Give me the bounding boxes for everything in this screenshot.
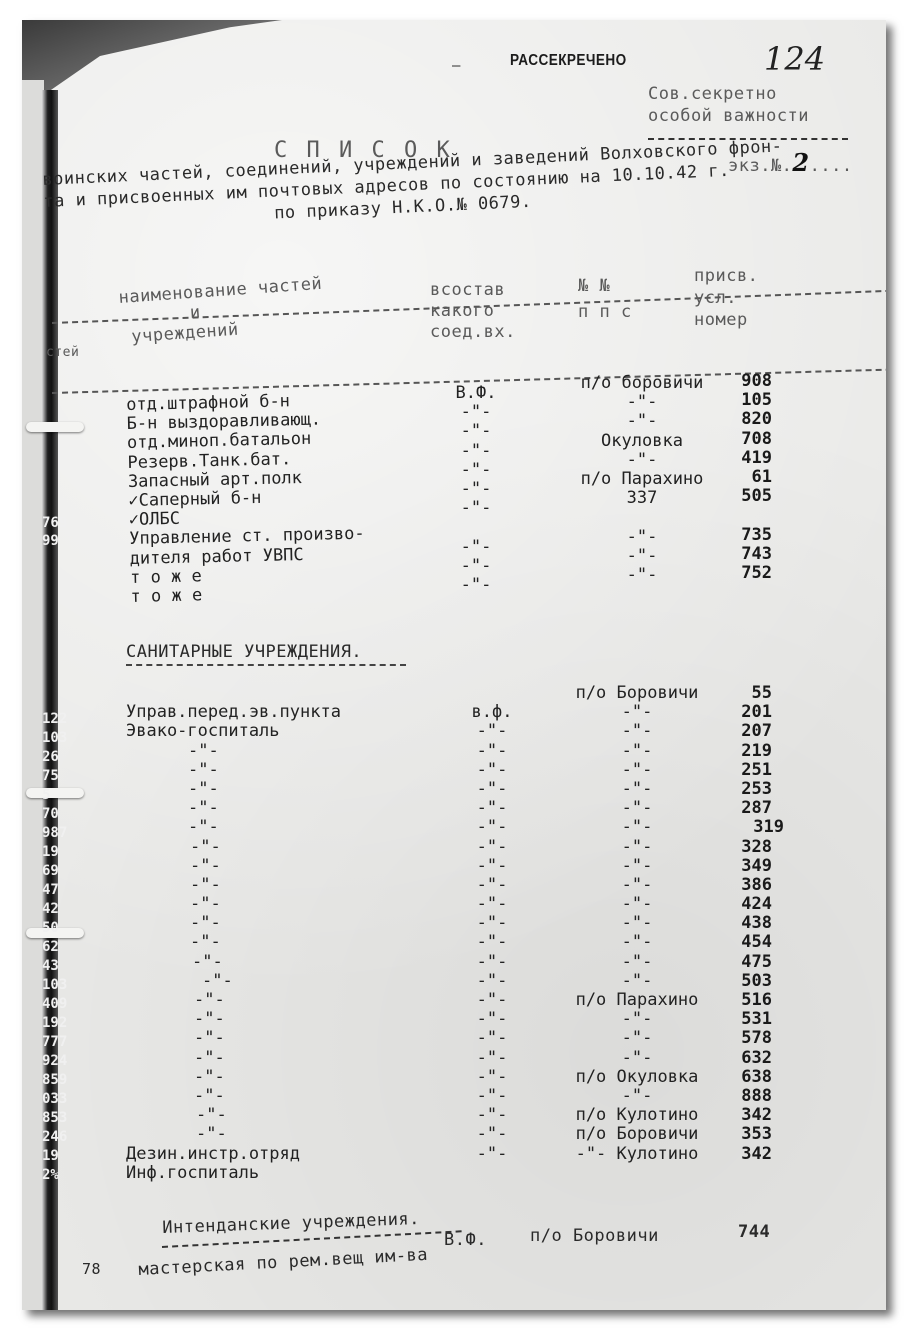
- margin-number: 26: [42, 748, 67, 767]
- number-cell: 424: [712, 895, 772, 914]
- formation-cell: -"-: [462, 1029, 522, 1048]
- pps-cell: -"-: [542, 953, 732, 972]
- pps-cell: -"-: [542, 838, 732, 857]
- previous-page-edge: [22, 80, 44, 1310]
- number-cell: 632: [712, 1049, 772, 1068]
- pps-cell: -"-: [542, 1049, 732, 1068]
- formation-cell: -"-: [462, 761, 522, 780]
- margin-number: 19: [42, 1147, 67, 1166]
- number-cell: 219: [712, 742, 772, 761]
- margin-number: 103: [42, 729, 67, 748]
- margin-number: 19: [42, 843, 67, 862]
- margin-number: 853: [42, 1109, 67, 1128]
- formation-cell: -"-: [446, 461, 506, 480]
- margin-number: 70: [42, 805, 67, 824]
- margin-number: 246: [42, 1128, 67, 1147]
- number-cell: 353: [712, 1125, 772, 1144]
- formation-cell: -"-: [462, 972, 522, 991]
- unit-name: -"-: [126, 1087, 426, 1106]
- number-cell: 578: [712, 1029, 772, 1048]
- pps-cell: -"-: [542, 876, 732, 895]
- pps-cell: п/о боровичи: [552, 374, 732, 393]
- pps-cell: п/о Кулотино: [542, 1106, 732, 1125]
- header-col2-line1: всостав: [430, 280, 505, 300]
- number-cell: 105: [712, 391, 772, 410]
- formation-cell: [462, 1164, 522, 1183]
- pps-cell: -"-: [542, 1010, 732, 1029]
- handwritten-page-number: 124: [764, 40, 825, 78]
- formation-cell: -"-: [462, 780, 522, 799]
- formation-cell: -"-: [462, 722, 522, 741]
- formation-cell: -"-: [446, 499, 506, 518]
- pps-cell: -"-: [542, 1087, 732, 1106]
- formation-cell: -"-: [462, 838, 522, 857]
- pps-cell: -"-: [552, 451, 732, 470]
- classification-line1: Сов.секретно: [648, 84, 777, 104]
- unit-name: -"-: [126, 799, 426, 818]
- section1-numbers: 908 105 820 708 419 61 505 735 743 752: [712, 372, 772, 583]
- header-col3-line2: п п с: [578, 302, 632, 322]
- pps-cell: [542, 1164, 732, 1183]
- formation-cell: -"-: [446, 480, 506, 499]
- margin-number: 103: [42, 976, 67, 995]
- formation-cell: -"-: [462, 914, 522, 933]
- number-cell: 342: [712, 1106, 772, 1125]
- number-cell: 735: [712, 526, 772, 545]
- section3-unit-name: мастерская по рем.вещ им-ва: [138, 1245, 428, 1280]
- formation-cell: -"-: [446, 422, 506, 441]
- unit-name: -"-: [126, 857, 426, 876]
- unit-name: -"-: [126, 895, 426, 914]
- formation-cell: -"-: [446, 442, 506, 461]
- unit-name: [126, 684, 426, 703]
- formation-cell: -"-: [446, 403, 506, 422]
- pps-cell: -"-: [552, 412, 732, 431]
- unit-name: Управ.перед.эв.пункта: [126, 703, 426, 722]
- margin-number: 192: [42, 1014, 67, 1033]
- number-cell: 475: [712, 953, 772, 972]
- margin-number: 924: [42, 1052, 67, 1071]
- number-cell: 503: [712, 972, 772, 991]
- formation-cell: -"-: [446, 557, 506, 576]
- number-cell: 55: [712, 684, 772, 703]
- formation-cell: -"-: [462, 857, 522, 876]
- pps-cell: -"-: [542, 818, 732, 837]
- number-cell: 319: [712, 818, 784, 837]
- pps-cell: п/о Боровичи: [542, 684, 732, 703]
- unit-name: т о ж е: [130, 582, 366, 607]
- section2-formation: в.ф. -"- -"- -"- -"- -"- -"- -"- -"- -"-…: [462, 684, 522, 1183]
- number-cell: 820: [712, 410, 772, 429]
- formation-cell: -"-: [462, 818, 522, 837]
- margin-number: 62: [42, 938, 67, 957]
- formation-cell: -"-: [462, 1145, 522, 1164]
- unit-name: -"-: [126, 1125, 426, 1144]
- binding-string: [26, 422, 84, 432]
- pps-cell: -"-: [542, 761, 732, 780]
- section3-pps: п/о Боровичи: [530, 1226, 659, 1246]
- pps-cell: п/о Парахино: [552, 470, 732, 489]
- section2-numbers: 55 201 207 219 251 253 287 319 328 349 3…: [712, 684, 772, 1183]
- pps-cell: -"-: [552, 393, 732, 412]
- number-cell: [712, 506, 772, 525]
- number-cell: 743: [712, 545, 772, 564]
- pps-cell: -"-: [542, 799, 732, 818]
- formation-cell: в.ф.: [462, 703, 522, 722]
- number-cell: 516: [712, 991, 772, 1010]
- pps-cell: -"-: [552, 566, 732, 585]
- formation-cell: В.Ф.: [446, 384, 506, 403]
- number-cell: 201: [712, 703, 772, 722]
- unit-name: -"-: [126, 1049, 426, 1068]
- number-cell: 328: [712, 838, 772, 857]
- header-col2-line3: соед.вх.: [430, 322, 516, 342]
- number-cell: 253: [712, 780, 772, 799]
- formation-cell: -"-: [446, 576, 506, 595]
- unit-name: -"-: [126, 972, 426, 991]
- margin-number: 50: [42, 919, 67, 938]
- unit-name: -"-: [126, 1106, 426, 1125]
- number-cell: 386: [712, 876, 772, 895]
- unit-name: -"-: [126, 914, 426, 933]
- document-page: — РАССЕКРЕЧЕНО 124 Сов.секретно особой в…: [22, 20, 886, 1310]
- formation-cell: [446, 518, 506, 537]
- margin-number: 033: [42, 1090, 67, 1109]
- section2-names: Управ.перед.эв.пункта Эвако-госпиталь -"…: [126, 684, 426, 1183]
- unit-name: -"-: [126, 933, 426, 952]
- number-cell: 287: [712, 799, 772, 818]
- pps-cell: -"-: [542, 914, 732, 933]
- section2-heading-underline: [126, 664, 406, 666]
- number-cell: 438: [712, 914, 772, 933]
- unit-name: -"-: [126, 780, 426, 799]
- pps-cell: -"-: [542, 722, 732, 741]
- pps-cell: Окуловка: [552, 432, 732, 451]
- unit-name: -"-: [126, 876, 426, 895]
- formation-cell: -"-: [446, 538, 506, 557]
- pps-cell: -"-: [552, 528, 732, 547]
- number-cell: 888: [712, 1087, 772, 1106]
- margin-number: 99: [42, 532, 59, 551]
- number-cell: 454: [712, 933, 772, 952]
- formation-cell: -"-: [462, 1106, 522, 1125]
- copy-dots: ....: [810, 156, 853, 176]
- pps-cell: -"-: [542, 972, 732, 991]
- formation-cell: -"-: [462, 876, 522, 895]
- section1-names: отд.штрафной б-н Б-н выздоравливающ. отд…: [126, 391, 366, 607]
- pps-cell: п/о Окуловка: [542, 1068, 732, 1087]
- number-cell: 342: [712, 1145, 772, 1164]
- formation-cell: -"-: [462, 953, 522, 972]
- header-col4-line1: присв.: [694, 266, 758, 286]
- formation-cell: -"-: [462, 1068, 522, 1087]
- pps-cell: -"-: [552, 547, 732, 566]
- margin-number: 42: [42, 900, 67, 919]
- margin-number: 769: [42, 514, 67, 533]
- header-left-fragment: стей: [46, 345, 79, 360]
- formation-cell: [462, 684, 522, 703]
- margin-number: 409: [42, 995, 67, 1014]
- formation-cell: -"-: [462, 895, 522, 914]
- unit-name: -"-: [126, 742, 426, 761]
- margin-number: 777: [42, 1033, 67, 1052]
- margin-number: 859: [42, 1071, 67, 1090]
- section3-number: 744: [738, 1222, 770, 1242]
- pps-cell: [552, 508, 732, 527]
- number-cell: 251: [712, 761, 772, 780]
- section3-margin-number: 78: [82, 1260, 101, 1278]
- dash-mark: —: [452, 58, 461, 74]
- number-cell: [712, 1164, 772, 1183]
- header-col1: наименование частей и учреждений: [118, 274, 326, 348]
- margin-number: 43: [42, 957, 67, 976]
- unit-name: -"-: [126, 818, 426, 837]
- pps-cell: -"-: [542, 1029, 732, 1048]
- formation-cell: -"-: [462, 1087, 522, 1106]
- background-shadow: [22, 20, 282, 110]
- margin-number: 2%: [42, 1166, 67, 1185]
- section2-margin-numbers: 122 103 26 75 5 70 987 19 69 47 42 50 62…: [42, 710, 67, 1185]
- header-col3-line1: № №: [578, 276, 610, 296]
- formation-cell: -"-: [462, 933, 522, 952]
- number-cell: 708: [712, 430, 772, 449]
- formation-cell: -"-: [462, 1010, 522, 1029]
- pps-cell: -"-: [542, 895, 732, 914]
- pps-cell: -"-: [542, 703, 732, 722]
- unit-name: Дезин.инстр.отряд: [126, 1145, 426, 1164]
- unit-name: -"-: [126, 953, 426, 972]
- section2-pps: п/о Боровичи -"- -"- -"- -"- -"- -"- -"-…: [542, 684, 732, 1183]
- pps-cell: п/о Парахино: [542, 991, 732, 1010]
- section3-formation: В.Ф.: [444, 1230, 487, 1250]
- number-cell: 638: [712, 1068, 772, 1087]
- pps-cell: -"-: [542, 933, 732, 952]
- unit-name: -"-: [126, 838, 426, 857]
- margin-number: 987: [42, 824, 67, 843]
- number-cell: 505: [712, 487, 772, 506]
- formation-cell: -"-: [462, 1049, 522, 1068]
- copy-number: 2: [792, 148, 809, 177]
- unit-name: -"-: [126, 991, 426, 1010]
- pps-cell: -"-: [542, 780, 732, 799]
- declassified-stamp: РАССЕКРЕЧЕНО: [510, 52, 627, 70]
- unit-name: -"-: [126, 761, 426, 780]
- number-cell: 349: [712, 857, 772, 876]
- pps-cell: п/о Боровичи: [542, 1125, 732, 1144]
- unit-name: -"-: [126, 1068, 426, 1087]
- formation-cell: -"-: [462, 742, 522, 761]
- number-cell: 207: [712, 722, 772, 741]
- number-cell: 908: [712, 372, 772, 391]
- header-col4-line2: усл.: [694, 288, 737, 308]
- margin-number: 5: [42, 786, 67, 805]
- section2-heading: САНИТАРНЫЕ УЧРЕЖДЕНИЯ.: [126, 642, 362, 662]
- number-cell: 61: [712, 468, 772, 487]
- margin-number: 122: [42, 710, 67, 729]
- margin-number: 75: [42, 767, 67, 786]
- header-col4-line3: номер: [694, 310, 748, 330]
- number-cell: 419: [712, 449, 772, 468]
- formation-cell: -"-: [462, 799, 522, 818]
- margin-number: 47: [42, 881, 67, 900]
- unit-name: -"-: [126, 1010, 426, 1029]
- unit-name: Инф.госпиталь: [126, 1164, 426, 1183]
- header-col2-line2: какого: [430, 301, 494, 321]
- pps-cell: 337: [552, 489, 732, 508]
- unit-name: -"-: [126, 1029, 426, 1048]
- pps-cell: -"- Кулотино: [542, 1145, 732, 1164]
- number-cell: 531: [712, 1010, 772, 1029]
- section1-pps: п/о боровичи -"- -"- Окуловка -"- п/о Па…: [552, 374, 732, 585]
- unit-name: Эвако-госпиталь: [126, 722, 426, 741]
- pps-cell: -"-: [542, 742, 732, 761]
- pps-cell: -"-: [542, 857, 732, 876]
- formation-cell: -"-: [462, 991, 522, 1010]
- formation-cell: -"-: [462, 1125, 522, 1144]
- number-cell: 752: [712, 564, 772, 583]
- classification-line2: особой важности: [648, 106, 809, 126]
- margin-number: 69: [42, 862, 67, 881]
- section1-formation: В.Ф. -"- -"- -"- -"- -"- -"- -"- -"- -"-: [446, 384, 506, 595]
